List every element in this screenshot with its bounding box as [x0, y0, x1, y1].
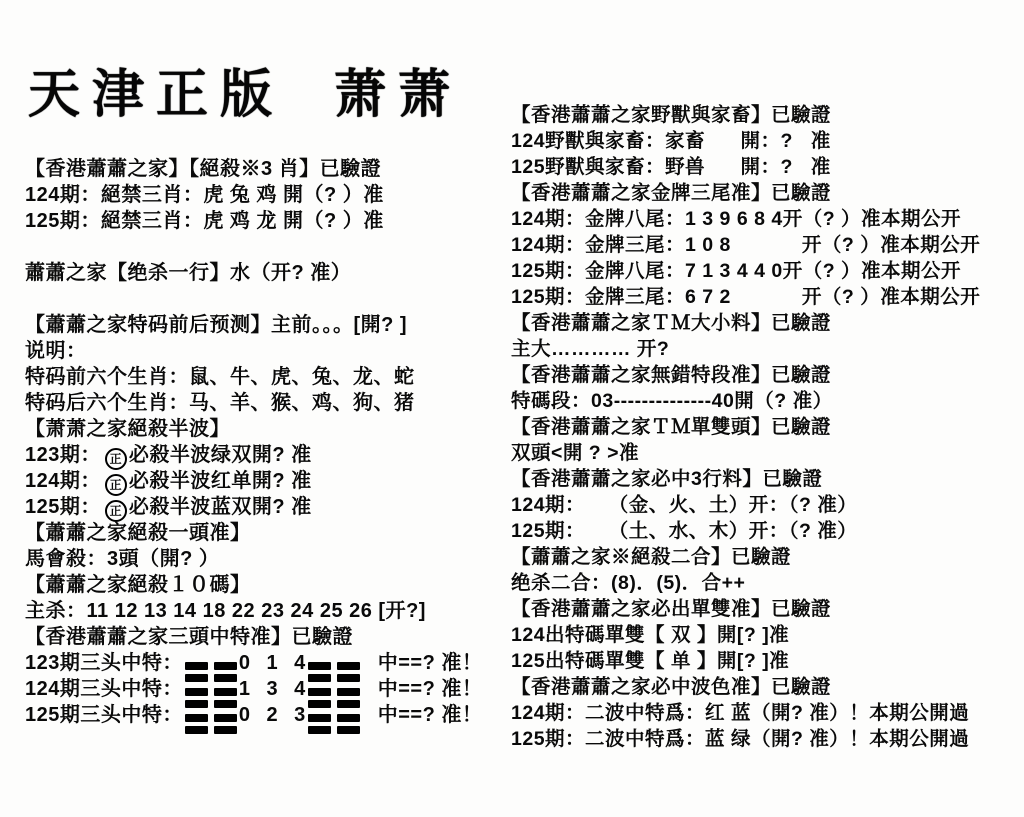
- head-digit: 0: [239, 702, 251, 728]
- half-wave-kill-row: 123期：正必殺半波绿双開? 准: [25, 442, 507, 468]
- right-column: 【香港蕭蕭之家野獸與家畜】已驗證124野獸與家畜：家畜 開：? 准125野獸與家…: [511, 102, 1019, 752]
- period-label: 125期三头中特：: [25, 704, 183, 726]
- page-title: 天津正版 萧萧: [28, 52, 462, 127]
- text-line: 特码后六个生肖：马、羊、猴、鸡、狗、猪: [25, 390, 507, 416]
- head-digit: 1: [267, 650, 279, 676]
- circled-zheng-mark-icon: 正: [105, 474, 127, 496]
- text-line: 特码前六个生肖：鼠、牛、虎、兔、龙、蛇: [25, 364, 507, 390]
- period-label: 123期三头中特：: [25, 652, 183, 674]
- text-line: 【蕭蕭之家特码前后预测】主前。。。[開? ]: [25, 312, 507, 338]
- text-line: 124期： （金、火、土）开：（? 准）: [511, 492, 1019, 518]
- text-line: 【萧萧之家絕殺半波】: [25, 416, 507, 442]
- left-column: 【香港蕭蕭之家】【絕殺※3 肖】已驗證124期：絕禁三肖：虎 兔 鸡 開（? ）…: [25, 156, 507, 728]
- period-label: 123期：: [25, 444, 101, 466]
- text-line: 【香港蕭蕭之家無錯特段准】已驗證: [511, 362, 1019, 388]
- head-digit: 0: [239, 650, 251, 676]
- period-label: 124期三头中特：: [25, 678, 183, 700]
- text-line: 125期： （土、水、木）开：（? 准）: [511, 518, 1019, 544]
- head-digit: 4: [294, 650, 306, 676]
- lottery-tip-sheet: 天津正版 萧萧 【香港蕭蕭之家】【絕殺※3 肖】已驗證124期：絕禁三肖：虎 兔…: [0, 0, 1024, 817]
- text-line: 蕭蕭之家【绝杀一行】水（开? 准）: [25, 260, 507, 286]
- text-line: 124期：金牌八尾：1 3 9 6 8 4开（? ）准本期公开: [511, 206, 1019, 232]
- text-line: 说明：: [25, 338, 507, 364]
- text-line: 【香港蕭蕭之家野獸與家畜】已驗證: [511, 102, 1019, 128]
- row-result: 中==? 准！: [378, 678, 483, 700]
- text-line: 特碼段：03--------------40開（? 准）: [511, 388, 1019, 414]
- double-bar-blocks-icon: [185, 714, 237, 734]
- head-digit: 3: [294, 702, 306, 728]
- text-line: 主杀：11 12 13 14 18 22 23 24 25 26 [开?]: [25, 598, 507, 624]
- text-line: 125期：金牌八尾：7 1 3 4 4 0开（? ）准本期公开: [511, 258, 1019, 284]
- text-line: 124野獸與家畜：家畜 開：? 准: [511, 128, 1019, 154]
- three-heads-row: 125期三头中特：023中==? 准！: [25, 702, 507, 728]
- row-result: 中==? 准！: [378, 652, 483, 674]
- circled-zheng-mark-icon: 正: [105, 448, 127, 470]
- text-line: 主大………… 开?: [511, 336, 1019, 362]
- text-line: 124期：絕禁三肖：虎 兔 鸡 開（? ）准: [25, 182, 507, 208]
- text-line: 【香港蕭蕭之家】【絕殺※3 肖】已驗證: [25, 156, 507, 182]
- circled-zheng-mark-icon: 正: [105, 500, 127, 522]
- text-line: 【蕭蕭之家※絕殺二合】已驗證: [511, 544, 1019, 570]
- double-bar-blocks-icon: [308, 714, 360, 734]
- text-line: 馬會殺：3頭（開? ）: [25, 546, 507, 572]
- text-line: 124期：二波中特爲：红 蓝（開? 准）！本期公開過: [511, 700, 1019, 726]
- row-text: 必殺半波红单開? 准: [129, 470, 312, 492]
- text-line: 125出特碼單雙【 单 】開[? ]准: [511, 648, 1019, 674]
- text-line: 125野獸與家畜：野兽 開：? 准: [511, 154, 1019, 180]
- three-heads-row: 124期三头中特：134中==? 准！: [25, 676, 507, 702]
- row-text: 必殺半波蓝双開? 准: [129, 496, 312, 518]
- row-text: 必殺半波绿双開? 准: [129, 444, 312, 466]
- blank-line: [25, 286, 507, 312]
- text-line: 绝杀二合：(8)．(5)．合++: [511, 570, 1019, 596]
- text-line: 【香港蕭蕭之家金牌三尾准】已驗證: [511, 180, 1019, 206]
- text-line: 125期：絕禁三肖：虎 鸡 龙 開（? ）准: [25, 208, 507, 234]
- text-line: 双頭<開 ? >准: [511, 440, 1019, 466]
- head-digit: 1: [239, 676, 251, 702]
- period-label: 125期：: [25, 496, 101, 518]
- text-line: 【香港蕭蕭之家必中波色准】已驗證: [511, 674, 1019, 700]
- text-line: 【蕭蕭之家絕殺一頭准】: [25, 520, 507, 546]
- period-label: 124期：: [25, 470, 101, 492]
- text-line: 【香港蕭蕭之家ＴＭ單雙頭】已驗證: [511, 414, 1019, 440]
- blank-line: [25, 234, 507, 260]
- text-line: 124出特碼單雙【 双 】開[? ]准: [511, 622, 1019, 648]
- text-line: 125期：二波中特爲：蓝 绿（開? 准）！本期公開過: [511, 726, 1019, 752]
- text-line: 【蕭蕭之家絕殺１０碼】: [25, 572, 507, 598]
- head-digit: 4: [294, 676, 306, 702]
- head-digit: 3: [267, 676, 279, 702]
- three-heads-row: 123期三头中特：014中==? 准！: [25, 650, 507, 676]
- text-line: 【香港蕭蕭之家必出單雙准】已驗證: [511, 596, 1019, 622]
- text-line: 【香港蕭蕭之家必中3行料】已驗證: [511, 466, 1019, 492]
- head-digit: 2: [267, 702, 279, 728]
- half-wave-kill-row: 125期：正必殺半波蓝双開? 准: [25, 494, 507, 520]
- text-line: 124期：金牌三尾：1 0 8 开（? ）准本期公开: [511, 232, 1019, 258]
- half-wave-kill-row: 124期：正必殺半波红单開? 准: [25, 468, 507, 494]
- text-line: 125期：金牌三尾：6 7 2 开（? ）准本期公开: [511, 284, 1019, 310]
- row-result: 中==? 准！: [378, 704, 483, 726]
- text-line: 【香港蕭蕭之家三頭中特准】已驗證: [25, 624, 507, 650]
- text-line: 【香港蕭蕭之家ＴＭ大小料】已驗證: [511, 310, 1019, 336]
